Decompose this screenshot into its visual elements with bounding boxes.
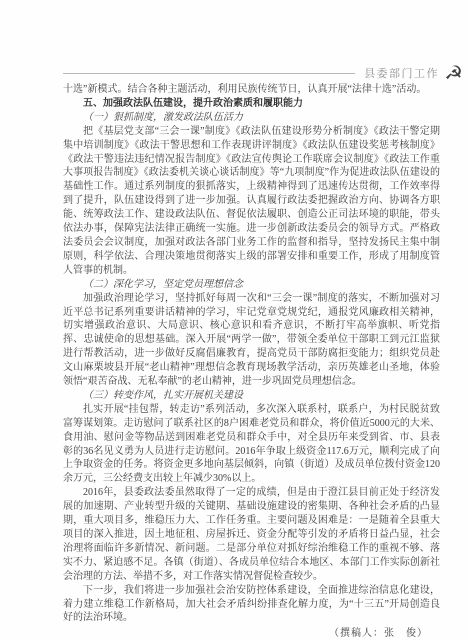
header-rule bbox=[63, 73, 355, 74]
summary-paragraph: 2016年，县委政法委虽然取得了一定的成绩，但是由于澄江县目前正处于经济发展的加… bbox=[63, 486, 440, 583]
subsection-1-paragraph: 把《基层党支部“三会一课”制度》《政法队伍建设形势分析制度》《政法干警定期集中培… bbox=[63, 125, 440, 278]
paragraph-continuation: 十选”新模式。结合各种主题活动，利用民族传统节日，认真开展“法律十选”活动。 bbox=[63, 83, 440, 97]
subsection-2-paragraph: 加强政治理论学习，坚持抓好每周一次和“三会一课”制度的落实，不断加强对习近平总书… bbox=[63, 292, 440, 389]
author-credit: （撰稿人：张 俊） bbox=[63, 627, 440, 640]
subsection-1-heading: （一）狠抓制度，激发政法队伍活力 bbox=[63, 111, 440, 125]
document-body: 十选”新模式。结合各种主题活动，利用民族传统节日，认真开展“法律十选”活动。 五… bbox=[63, 83, 440, 640]
page-number: 371 bbox=[378, 584, 395, 594]
subsection-3-heading: （三）转变作风，扎实开展机关建设 bbox=[63, 389, 440, 403]
party-emblem-icon: ☭ bbox=[444, 62, 465, 84]
subsection-3-paragraph: 扎实开展“挂包帮，转走访”系列活动，多次深入联系村，联系户，为村民脱贫致富筹谋划… bbox=[63, 403, 440, 486]
section-heading: 五、加强政法队伍建设，提升政治素质和履职能力 bbox=[63, 97, 440, 111]
header-section-label: 县委部门工作 bbox=[364, 65, 439, 81]
document-page: 县委部门工作 ☭ 十选”新模式。结合各种主题活动，利用民族传统节日，认真开展“法… bbox=[0, 0, 468, 640]
subsection-2-heading: （二）深化学习，坚定党员理想信念 bbox=[63, 278, 440, 292]
page-header: 县委部门工作 ☭ bbox=[63, 62, 463, 84]
